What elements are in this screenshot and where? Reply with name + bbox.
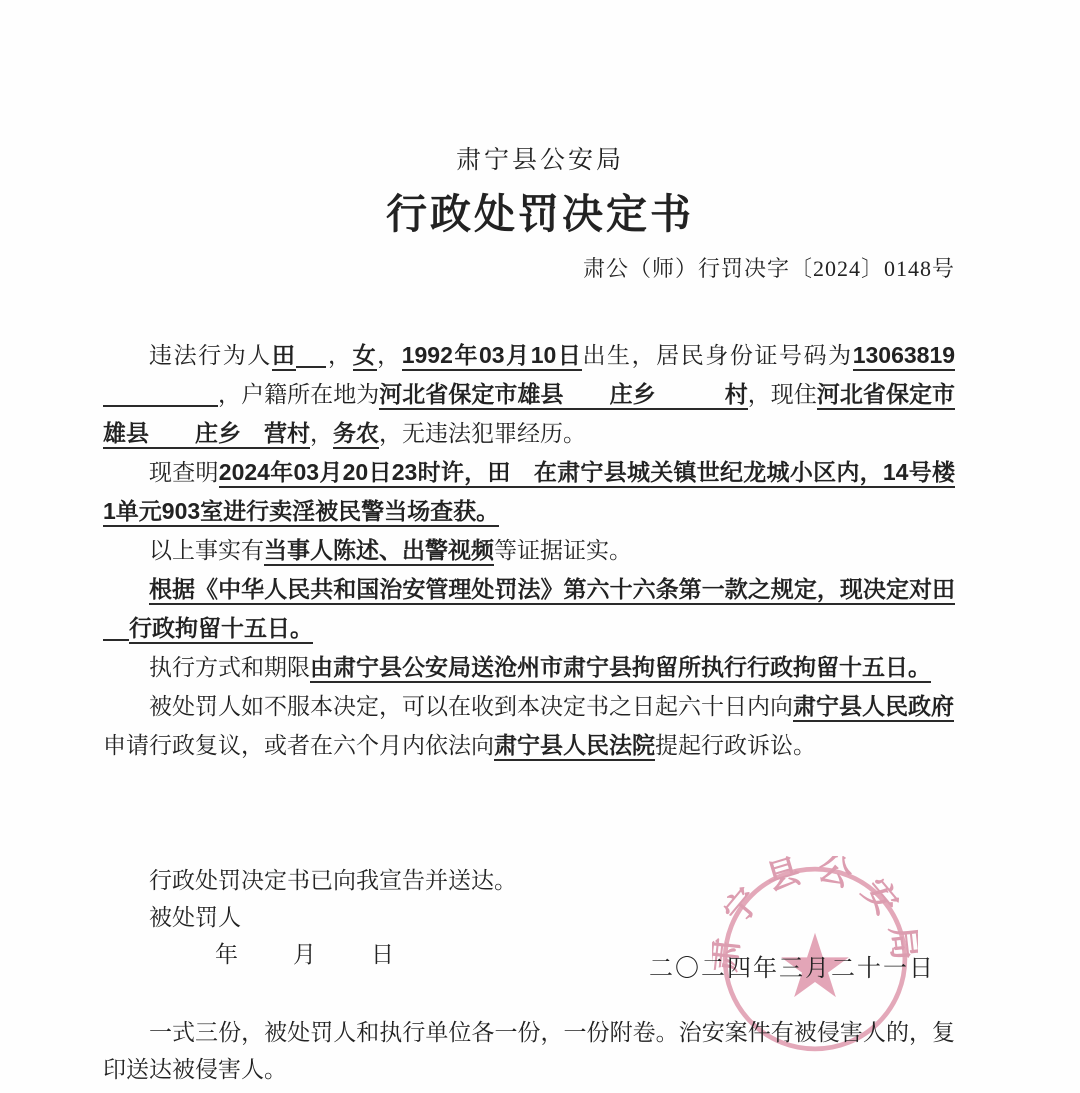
punished-person-label: 被处罚人 [103,899,955,936]
execution-details: 由肃宁县公安局送沧州市肃宁县拘留所执行行政拘留十五日。 [310,654,931,683]
delivery-statement: 行政处罚决定书已向我宣告并送达。 [103,862,955,899]
fact-description: 2024年03月20日23时许，田 在肃宁县城关镇世纪龙城小区内，14号楼1单元… [103,459,955,527]
redacted-blank [103,382,218,407]
footer-note: 一式三份，被处罚人和执行单位各一份，一份附卷。治安案件有被侵害人的，复印送达被侵… [103,1014,955,1088]
redacted-blank [296,343,326,368]
birth-date: 1992年03月10日 [402,342,583,371]
paragraph-decision: 根据《中华人民共和国治安管理处罚法》第六十六条第一款之规定，现决定对田行政拘留十… [103,570,955,648]
text-run: ，无违法犯罪经历。 [379,421,586,446]
document-title: 行政处罚决定书 [0,181,1080,240]
registered-address: 河北省保定市雄县 庄乡 村 [379,381,748,410]
evidence-list: 当事人陈述、出警视频 [264,537,494,566]
legal-basis: 根据《中华人民共和国治安管理处罚法》第六十六条第一款之规定，现决定对田 [149,576,955,605]
document-number: 肃公（师）行罚决字〔2024〕0148号 [103,252,955,283]
text-run: ， [326,343,352,368]
text-run: 现查明 [149,460,219,485]
id-number: 13063819 [853,342,955,371]
distribution-note: 一式三份，被处罚人和执行单位各一份，一份附卷。治安案件有被侵害人的，复印送达被侵… [103,1014,955,1088]
text-run: 等证据证实。 [494,538,632,563]
text-run: 执行方式和期限 [149,655,310,680]
text-run: 以上事实有 [149,538,264,563]
offender-surname: 田 [272,342,297,371]
text-run: ， [377,343,402,368]
text-run: 违法行为人 [149,343,272,368]
text-run: 提起行政诉讼。 [655,733,816,758]
penalty-content: 行政拘留十五日。 [129,615,313,644]
paragraph-facts: 现查明2024年03月20日23时许，田 在肃宁县城关镇世纪龙城小区内，14号楼… [103,453,955,531]
penalty-decision-document: 肃宁县公安局 行政处罚决定书 肃公（师）行罚决字〔2024〕0148号 肃宁县公… [0,0,1080,1093]
text-run: ， [310,421,333,446]
text-run: ，户籍所在地为 [218,382,379,407]
paragraph-appeal-rights: 被处罚人如不服本决定，可以在收到本决定书之日起六十日内向肃宁县人民政府 申请行政… [103,687,955,765]
issuing-agency: 肃宁县公安局 [0,140,1080,176]
court-name: 肃宁县人民法院 [494,732,655,761]
review-organ: 肃宁县人民政府 [793,693,954,722]
occupation: 务农 [333,420,379,449]
paragraph-offender-info: 违法行为人田，女，1992年03月10日出生，居民身份证号码为13063819，… [103,336,955,453]
redacted-blank [103,616,129,641]
document-body: 违法行为人田，女，1992年03月10日出生，居民身份证号码为13063819，… [103,336,955,765]
text-run: 被处罚人如不服本决定，可以在收到本决定书之日起六十日内向 [149,694,793,719]
decision-date: 二〇二四年三月二十一日 [103,948,935,983]
paragraph-evidence: 以上事实有当事人陈述、出警视频等证据证实。 [103,531,955,570]
text-run: ，现住 [748,382,817,407]
paragraph-execution: 执行方式和期限由肃宁县公安局送沧州市肃宁县拘留所执行行政拘留十五日。 [103,648,955,687]
offender-gender: 女 [353,342,378,371]
text-run: 出生，居民身份证号码为 [582,343,852,368]
